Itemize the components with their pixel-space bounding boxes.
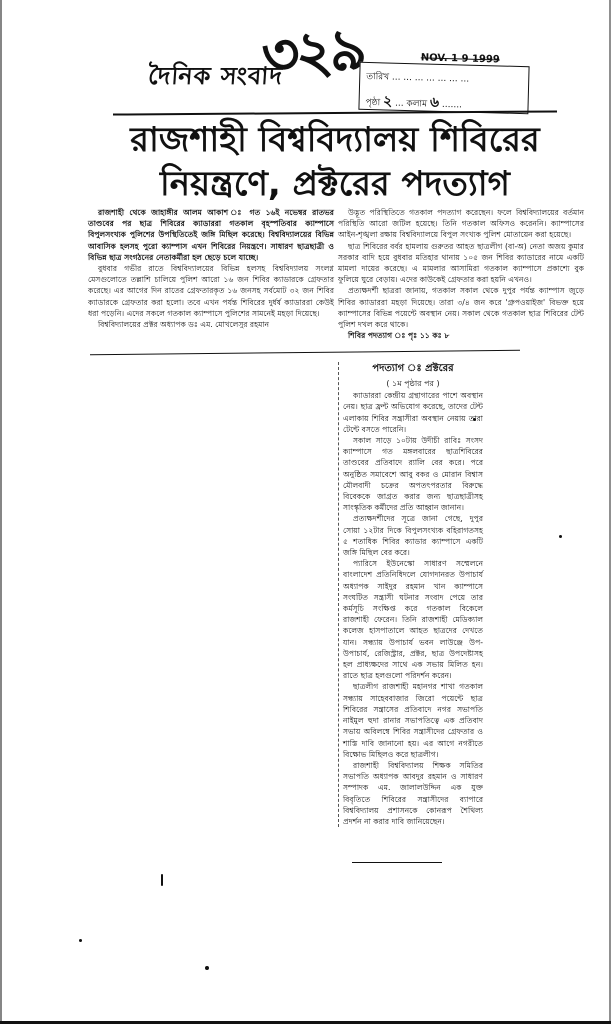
article-paragraph: বিশ্ববিদ্যালয়ের প্রক্টর অধ্যাপক ডঃ এম. … <box>88 319 334 330</box>
continuation-subtitle: ( ১ম পৃষ্ঠার পর ) <box>343 378 483 389</box>
article-paragraph: প্রত্যক্ষদর্শী ছাত্ররা জানায়, গতকাল সকা… <box>338 285 584 330</box>
headline-line-2: নিয়ন্ত্রণে, প্রক্টরের পদত্যাগ <box>100 162 570 206</box>
continuation-paragraph: ছাত্রলীগ রাজশাহী মহানগর শাখা গতকাল সন্ধ্… <box>343 681 483 759</box>
article-paragraph: উদ্ভূত পরিস্থিতিতে গতকাল পদত্যাগ করেছেন।… <box>338 207 584 241</box>
headline: রাজশাহী বিশ্ববিদ্যালয় শিবিরের নিয়ন্ত্র… <box>100 118 570 206</box>
continuation-paragraph: প্যারিসে ইউনেস্কো সাধারণ সম্মেলনে বাংলাদ… <box>343 558 483 681</box>
end-rule <box>352 862 442 863</box>
scan-speck <box>79 939 82 942</box>
stamp-page-label: পৃষ্ঠা <box>365 98 380 108</box>
scan-speck <box>161 874 163 886</box>
article-paragraph: রাজশাহী থেকে জাহাঙ্গীর আলম আকাশ ঃ গত ১৬ই… <box>88 207 334 263</box>
scan-speck <box>559 535 562 538</box>
article-column-right: উদ্ভূত পরিস্থিতিতে গতকাল পদত্যাগ করেছেন।… <box>338 207 584 341</box>
scan-edge-left <box>0 0 2 1024</box>
newspaper-masthead: দৈনিক সংবাদ <box>147 58 285 98</box>
continuation-paragraph: প্রত্যক্ষদর্শীদের সূত্রে জানা গেছে, দুপু… <box>343 513 483 558</box>
scan-speck <box>205 966 209 970</box>
stamp-column-value: ৬ <box>430 95 440 111</box>
stamp-page-value: ২ <box>383 93 393 109</box>
continuation-paragraph: রাজশাহী বিশ্ববিদ্যালয় শিক্ষক সমিতির সভা… <box>343 760 483 827</box>
scan-speck <box>473 418 476 421</box>
continuation-section: পদত্যাগ ঃ প্রক্টরের ( ১ম পৃষ্ঠার পর ) ক্… <box>338 362 483 827</box>
continuation-title: পদত্যাগ ঃ প্রক্টরের <box>343 362 483 376</box>
stamp-date: NOV. 1 9 1999 <box>421 52 500 65</box>
continued-on-line: শিবির পদত্যাগ ঃ পৃঃ ১১ কঃ ৮ <box>338 330 584 341</box>
stamp-date-row: তারিখ ... ... ... ... ... ... ... <box>366 69 469 87</box>
headline-line-1: রাজশাহী বিশ্ববিদ্যালয় শিবিরের <box>100 118 570 162</box>
date-stamp: NOV. 1 9 1999 তারিখ ... ... ... ... ... … <box>358 62 529 114</box>
continuation-paragraph: সকাল সাড়ে ১০টায় উদীচী রাবিঃ সংসদ ক্যাম… <box>343 435 483 513</box>
stamp-column-label: কলাম <box>406 99 427 110</box>
clipping-divider <box>90 350 520 356</box>
article-column-left: রাজশাহী থেকে জাহাঙ্গীর আলম আকাশ ঃ গত ১৬ই… <box>88 207 334 330</box>
continuation-paragraph: ক্যাডাররা কেন্দ্রীয় গ্রন্থাগারের পাশে অ… <box>343 390 483 435</box>
article-paragraph: ছাত্র শিবিরের বর্বর হামলায় গুরুতর আহত ছ… <box>338 241 584 286</box>
article-paragraph: বুধবার গভীর রাতে বিশ্ববিদ্যালয়ের বিভিন্… <box>88 263 334 319</box>
